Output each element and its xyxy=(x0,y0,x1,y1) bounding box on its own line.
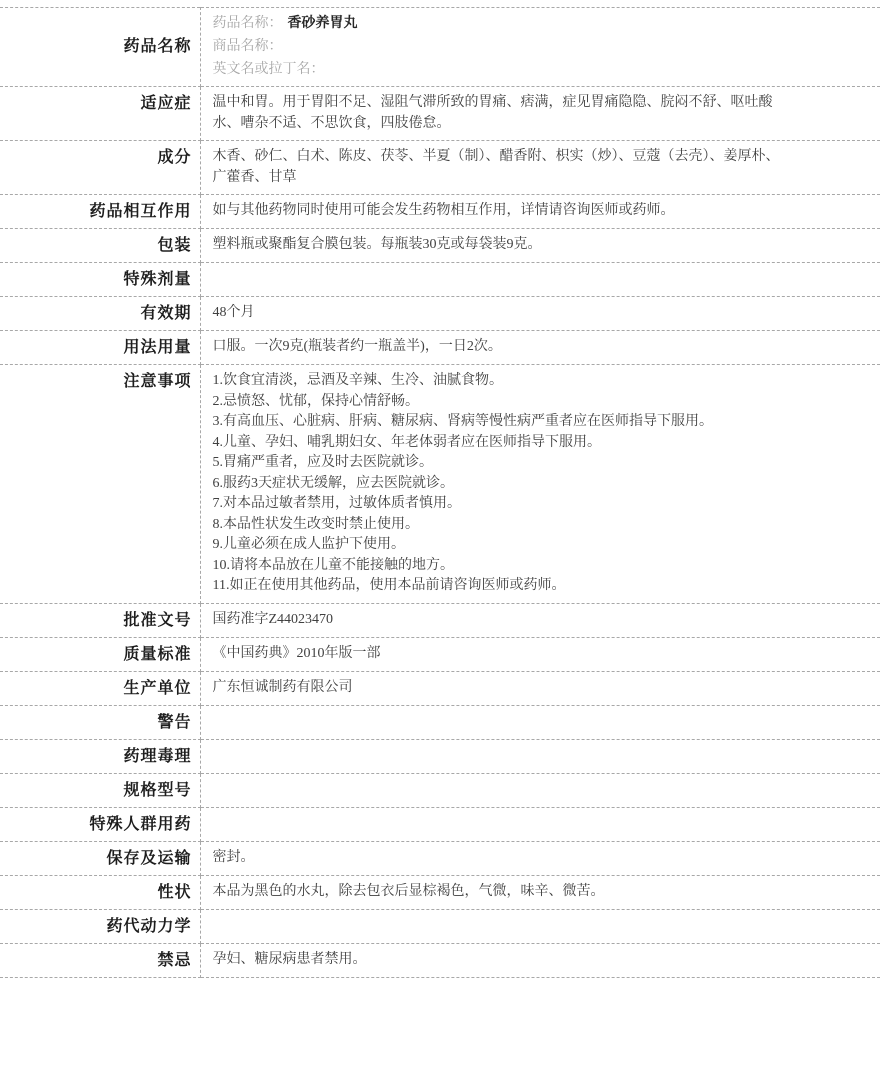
row-label-contraindications: 禁忌 xyxy=(0,943,200,977)
table-row-description: 性状本品为黑色的水丸，除去包衣后显棕褐色，气微，味辛、微苦。 xyxy=(0,875,880,909)
table-row-pharmacokinetics: 药代动力学 xyxy=(0,909,880,943)
table-row-contraindications: 禁忌孕妇、糖尿病患者禁用。 xyxy=(0,943,880,977)
row-label-pharmacokinetics: 药代动力学 xyxy=(0,909,200,943)
row-value-quality-standard: 《中国药典》2010年版一部 xyxy=(200,637,880,671)
drug-name-line: 商品名称： xyxy=(213,35,781,58)
field-value-text: 香砂养胃丸 xyxy=(288,16,358,31)
row-value-drug-name: 药品名称：香砂养胃丸商品名称：英文名或拉丁名： xyxy=(200,8,880,87)
table-row-drug-name: 药品名称药品名称：香砂养胃丸商品名称：英文名或拉丁名： xyxy=(0,8,880,87)
row-value-manufacturer: 广东恒诚制药有限公司 xyxy=(200,671,880,705)
row-value-approval-number: 国药准字Z44023470 xyxy=(200,603,880,637)
table-row-pharmacology-toxicology: 药理毒理 xyxy=(0,739,880,773)
row-value-description: 本品为黑色的水丸，除去包衣后显棕褐色，气微，味辛、微苦。 xyxy=(200,875,880,909)
row-label-special-dosage: 特殊剂量 xyxy=(0,263,200,297)
table-row-ingredients: 成分木香、砂仁、白术、陈皮、茯苓、半夏（制）、醋香附、枳实（炒）、豆蔻（去壳）、… xyxy=(0,141,880,195)
row-value-pharmacokinetics xyxy=(200,909,880,943)
row-label-warning: 警告 xyxy=(0,705,200,739)
row-label-indications: 适应症 xyxy=(0,87,200,141)
row-label-description: 性状 xyxy=(0,875,200,909)
row-value-pharmacology-toxicology xyxy=(200,739,880,773)
row-value-indications: 温中和胃。用于胃阳不足、湿阻气滞所致的胃痛、痞满，症见胃痛隐隐、脘闷不舒、呕吐酸… xyxy=(200,87,880,141)
precaution-item: 5.胃痛严重者，应及时去医院就诊。 xyxy=(213,453,781,474)
drug-name-line: 药品名称：香砂养胃丸 xyxy=(213,12,781,35)
precaution-item: 1.饮食宜清淡，忌酒及辛辣、生冷、油腻食物。 xyxy=(213,371,781,392)
precaution-item: 2.忌愤怒、忧郁，保持心情舒畅。 xyxy=(213,392,781,413)
row-value-special-populations xyxy=(200,807,880,841)
drug-table-body: 药品名称药品名称：香砂养胃丸商品名称：英文名或拉丁名：适应症温中和胃。用于胃阳不… xyxy=(0,8,880,978)
table-row-shelf-life: 有效期48个月 xyxy=(0,297,880,331)
row-label-quality-standard: 质量标准 xyxy=(0,637,200,671)
row-label-special-populations: 特殊人群用药 xyxy=(0,807,200,841)
precaution-item: 8.本品性状发生改变时禁止使用。 xyxy=(213,515,781,536)
field-key-label: 英文名或拉丁名： xyxy=(213,62,325,77)
table-row-specification-model: 规格型号 xyxy=(0,773,880,807)
table-row-special-populations: 特殊人群用药 xyxy=(0,807,880,841)
row-label-pharmacology-toxicology: 药理毒理 xyxy=(0,739,200,773)
row-label-approval-number: 批准文号 xyxy=(0,603,200,637)
row-label-drug-interactions: 药品相互作用 xyxy=(0,195,200,229)
table-row-quality-standard: 质量标准《中国药典》2010年版一部 xyxy=(0,637,880,671)
row-label-storage-transport: 保存及运输 xyxy=(0,841,200,875)
table-row-dosage-administration: 用法用量口服。一次9克(瓶装者约一瓶盖半)，一日2次。 xyxy=(0,331,880,365)
row-value-warning xyxy=(200,705,880,739)
row-value-drug-interactions: 如与其他药物同时使用可能会发生药物相互作用，详情请咨询医师或药师。 xyxy=(200,195,880,229)
row-value-contraindications: 孕妇、糖尿病患者禁用。 xyxy=(200,943,880,977)
table-row-storage-transport: 保存及运输密封。 xyxy=(0,841,880,875)
table-row-manufacturer: 生产单位广东恒诚制药有限公司 xyxy=(0,671,880,705)
precaution-item: 10.请将本品放在儿童不能接触的地方。 xyxy=(213,556,781,577)
row-value-special-dosage xyxy=(200,263,880,297)
row-value-precautions: 1.饮食宜清淡，忌酒及辛辣、生冷、油腻食物。2.忌愤怒、忧郁，保持心情舒畅。3.… xyxy=(200,365,880,604)
row-label-drug-name: 药品名称 xyxy=(0,8,200,87)
row-label-packaging: 包装 xyxy=(0,229,200,263)
table-row-drug-interactions: 药品相互作用如与其他药物同时使用可能会发生药物相互作用，详情请咨询医师或药师。 xyxy=(0,195,880,229)
row-label-specification-model: 规格型号 xyxy=(0,773,200,807)
precaution-item: 7.对本品过敏者禁用，过敏体质者慎用。 xyxy=(213,494,781,515)
precaution-item: 3.有高血压、心脏病、肝病、糖尿病、肾病等慢性病严重者应在医师指导下服用。 xyxy=(213,412,781,433)
row-value-dosage-administration: 口服。一次9克(瓶装者约一瓶盖半)，一日2次。 xyxy=(200,331,880,365)
row-value-ingredients: 木香、砂仁、白术、陈皮、茯苓、半夏（制）、醋香附、枳实（炒）、豆蔻（去壳）、姜厚… xyxy=(200,141,880,195)
row-label-dosage-administration: 用法用量 xyxy=(0,331,200,365)
table-row-precautions: 注意事项1.饮食宜清淡，忌酒及辛辣、生冷、油腻食物。2.忌愤怒、忧郁，保持心情舒… xyxy=(0,365,880,604)
precaution-item: 9.儿童必须在成人监护下使用。 xyxy=(213,535,781,556)
precaution-item: 6.服药3天症状无缓解，应去医院就诊。 xyxy=(213,474,781,495)
row-value-shelf-life: 48个月 xyxy=(200,297,880,331)
drug-info-page: 药品名称药品名称：香砂养胃丸商品名称：英文名或拉丁名：适应症温中和胃。用于胃阳不… xyxy=(0,0,880,1070)
precaution-item: 4.儿童、孕妇、哺乳期妇女、年老体弱者应在医师指导下服用。 xyxy=(213,433,781,454)
table-row-indications: 适应症温中和胃。用于胃阳不足、湿阻气滞所致的胃痛、痞满，症见胃痛隐隐、脘闷不舒、… xyxy=(0,87,880,141)
row-value-storage-transport: 密封。 xyxy=(200,841,880,875)
table-row-special-dosage: 特殊剂量 xyxy=(0,263,880,297)
field-key-label: 商品名称： xyxy=(213,39,283,54)
table-row-warning: 警告 xyxy=(0,705,880,739)
drug-info-table: 药品名称药品名称：香砂养胃丸商品名称：英文名或拉丁名：适应症温中和胃。用于胃阳不… xyxy=(0,7,880,978)
table-row-packaging: 包装塑料瓶或聚酯复合膜包装。每瓶装30克或每袋装9克。 xyxy=(0,229,880,263)
row-label-ingredients: 成分 xyxy=(0,141,200,195)
row-label-shelf-life: 有效期 xyxy=(0,297,200,331)
precaution-item: 11.如正在使用其他药品，使用本品前请咨询医师或药师。 xyxy=(213,576,781,597)
field-key-label: 药品名称： xyxy=(213,16,283,31)
row-value-packaging: 塑料瓶或聚酯复合膜包装。每瓶装30克或每袋装9克。 xyxy=(200,229,880,263)
drug-name-line: 英文名或拉丁名： xyxy=(213,58,781,81)
table-row-approval-number: 批准文号国药准字Z44023470 xyxy=(0,603,880,637)
row-label-manufacturer: 生产单位 xyxy=(0,671,200,705)
row-value-specification-model xyxy=(200,773,880,807)
row-label-precautions: 注意事项 xyxy=(0,365,200,604)
